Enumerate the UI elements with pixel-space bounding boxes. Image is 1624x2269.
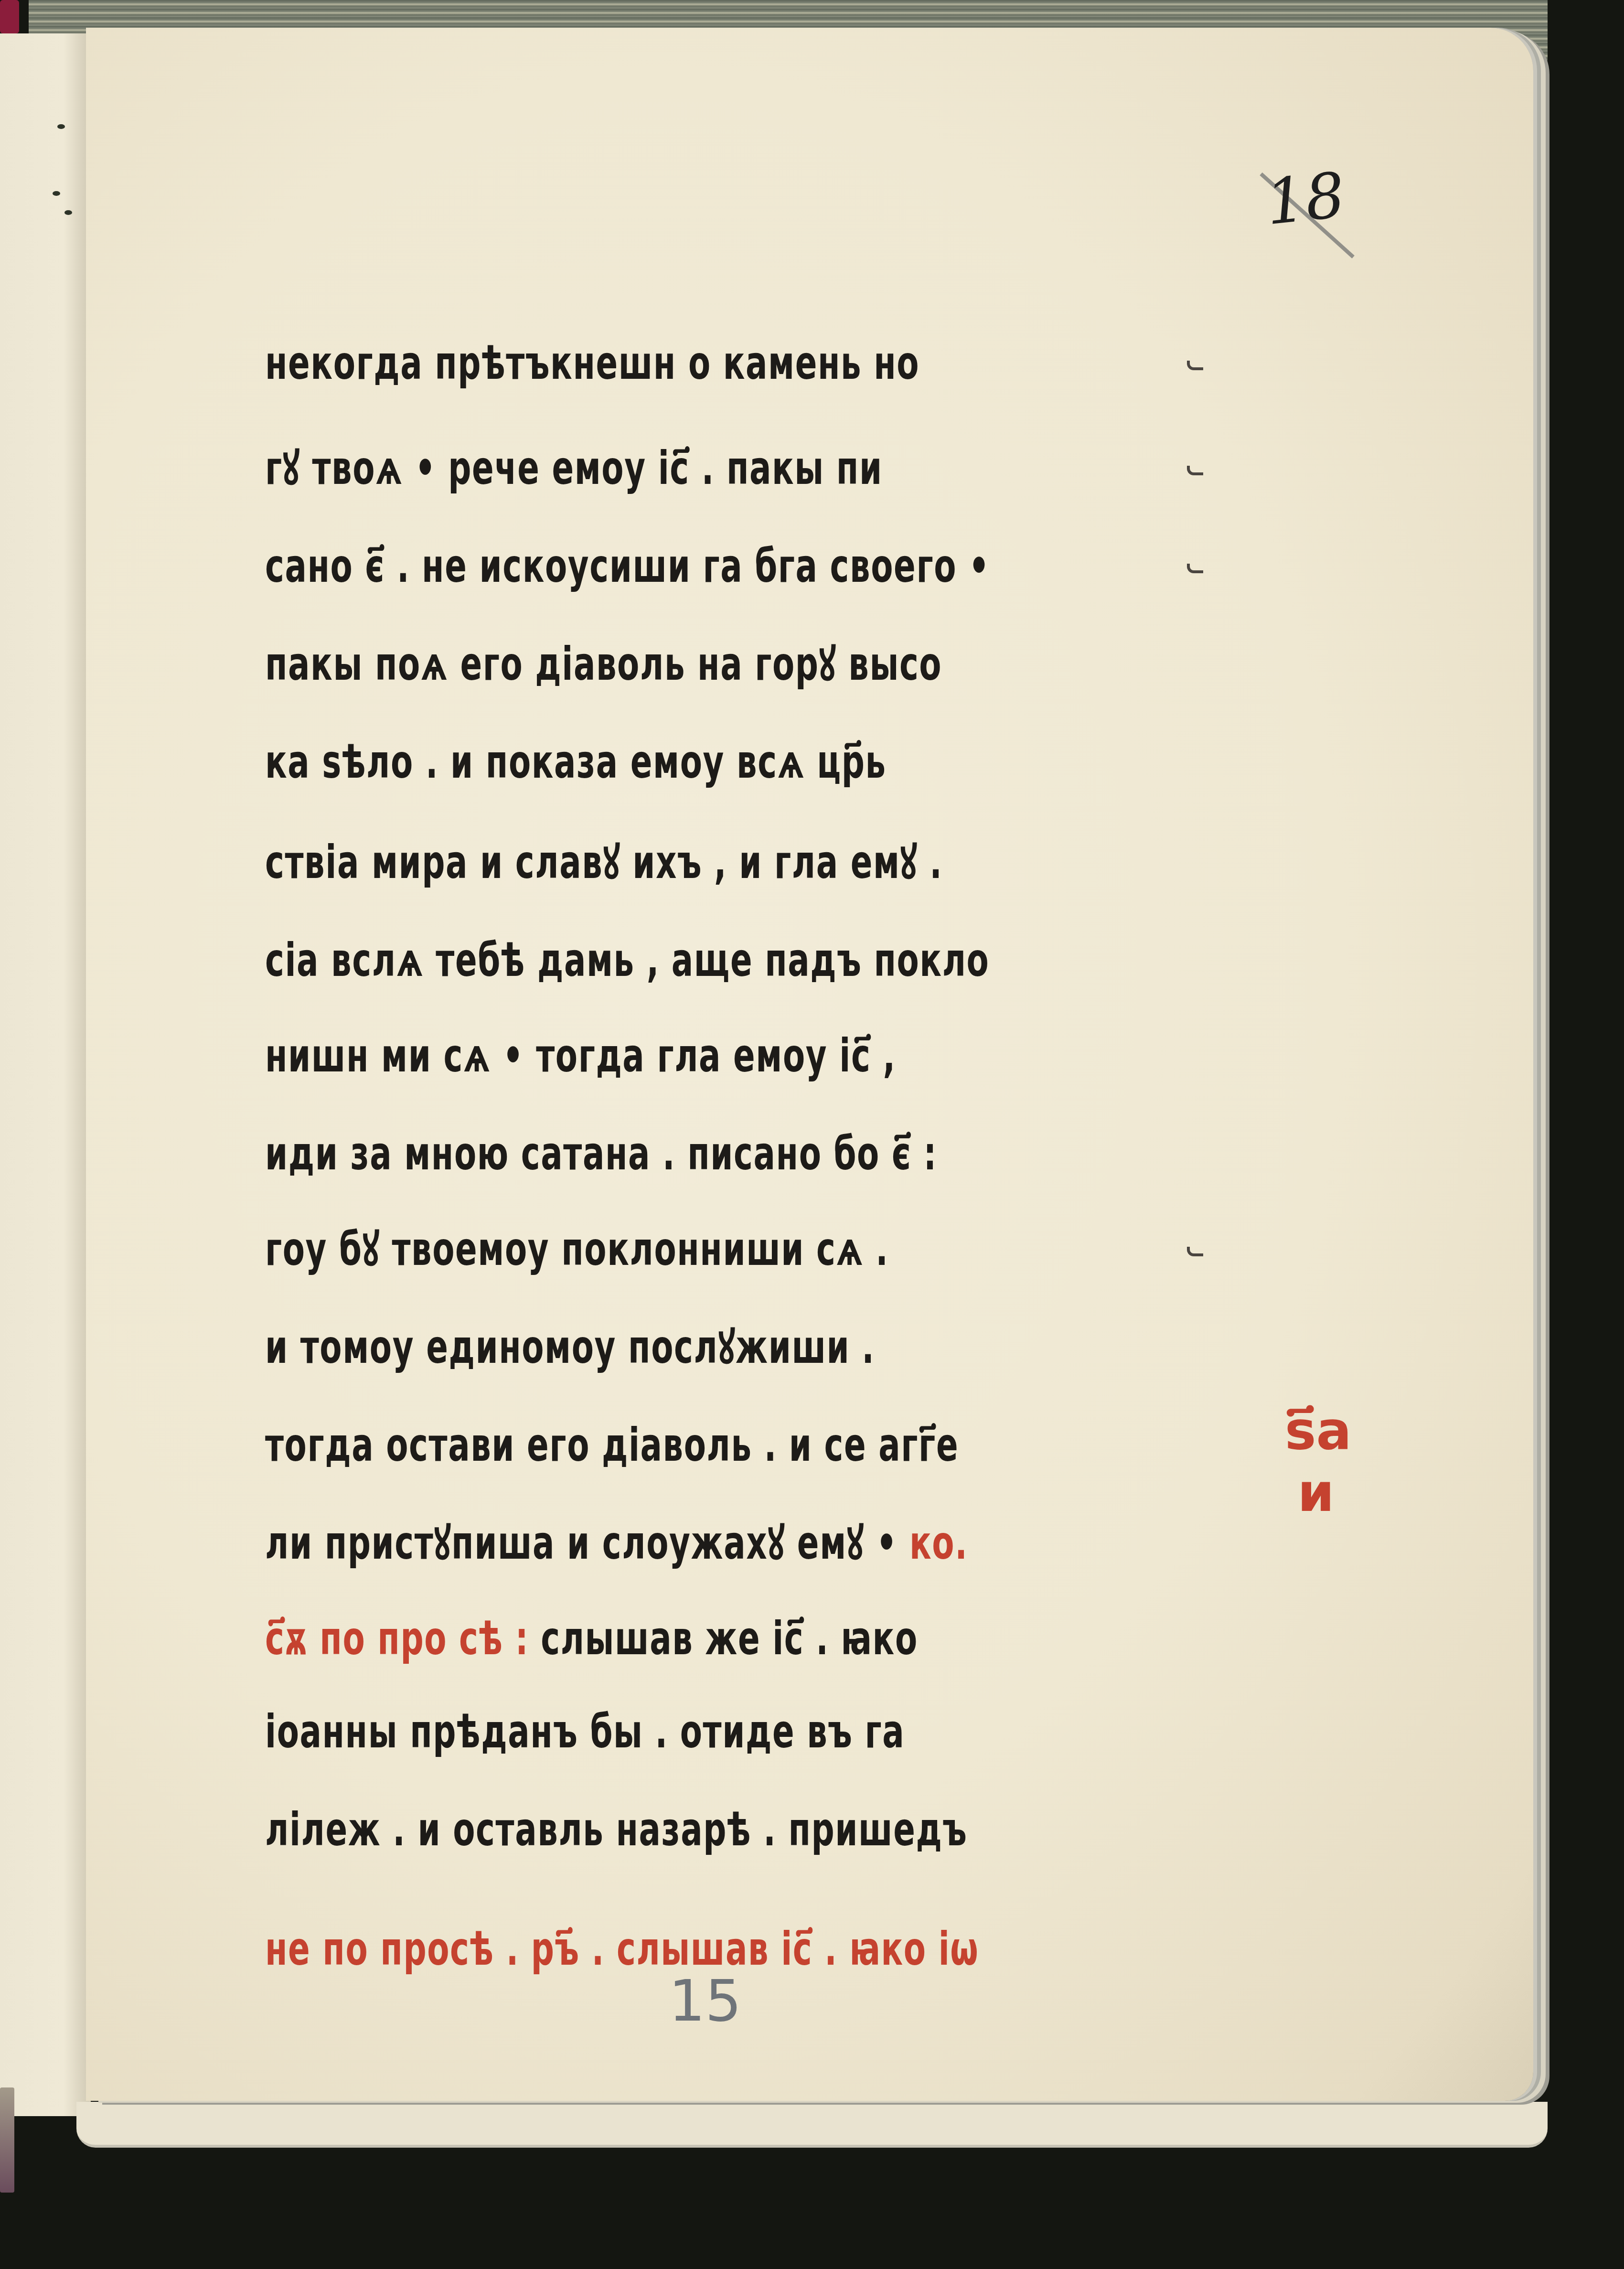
text-line-14: с҃ѫ по про сѣ : слышав же іс҃ . ꙗко — [265, 1610, 918, 1667]
text-line-11: и томоу единомоу послꙋжиши . — [265, 1318, 875, 1376]
ink-offset-mark — [57, 124, 65, 129]
text-line-5: ка ѕѣло . и показа емоу всѧ цр҃ь — [265, 733, 887, 791]
bookmark-ribbon — [0, 0, 19, 33]
text-line-4: пакы поѧ его діаволь на горꙋ высо — [265, 635, 942, 693]
margin-dash — [1187, 1247, 1203, 1256]
margin-section-mark: ѕ҃а и — [1285, 1400, 1347, 1524]
folio-number: 18 — [1262, 159, 1348, 239]
text-line-7: сіа вслѧ тебѣ дамь , аще падъ покло — [265, 931, 989, 989]
text-line-10: гоу бꙋ твоемоу поклонниши сѧ . — [265, 1220, 888, 1278]
pencil-page-number: 15 — [669, 1968, 742, 2034]
text-line-3: сано є҃ . не искоусиши га бга своего • — [265, 537, 990, 595]
section-mark-top: ѕ҃а — [1285, 1400, 1347, 1462]
text-line-2: гꙋ твоѧ • рече емоу іс҃ . пакы пи — [265, 439, 883, 497]
text-line-6: ствіа мира и славꙋ ихъ , и гла емꙋ . — [265, 834, 942, 891]
page-bottom-edge — [76, 2102, 1548, 2148]
margin-dash — [1187, 564, 1203, 573]
text-line-1: некогда прѣтъкнешн о камень но — [265, 334, 919, 392]
facing-page-edge — [0, 33, 91, 2116]
text-line-12: тогда остави его діаволь . и се агг҃е — [265, 1416, 959, 1474]
text-line-15: іоанны прѣданъ бы . отиде въ га — [265, 1703, 905, 1760]
text-line-16: лілеж . и оставль назарѣ . пришедъ — [265, 1801, 968, 1858]
text-line-9: иди за мною сатана . писано бо є҃ : — [265, 1125, 937, 1182]
line-14-text: слышав же іс҃ . ꙗко — [541, 1612, 918, 1665]
line-13-red-suffix: ко. — [909, 1516, 968, 1570]
section-mark-bottom: и — [1285, 1462, 1347, 1524]
margin-dash — [1187, 361, 1203, 370]
bookmark-tassel — [0, 2087, 14, 2193]
rubric-prefix: с҃ѫ по про сѣ : — [265, 1612, 529, 1665]
rubric-line-17: не по просѣ . ръ҃ . слышав іс҃ . ꙗко іѡ — [265, 1920, 979, 1978]
line-13-text: ли пристꙋпиша и слоужахꙋ емꙋ • — [265, 1516, 897, 1570]
margin-dash — [1187, 466, 1203, 475]
ink-offset-mark — [64, 210, 72, 215]
text-line-13: ли пристꙋпиша и слоужахꙋ емꙋ • ко. — [265, 1514, 968, 1572]
text-line-8: нишн ми сѧ • тогда гла емоу іс҃ , — [265, 1027, 896, 1084]
ink-offset-mark — [53, 191, 60, 196]
